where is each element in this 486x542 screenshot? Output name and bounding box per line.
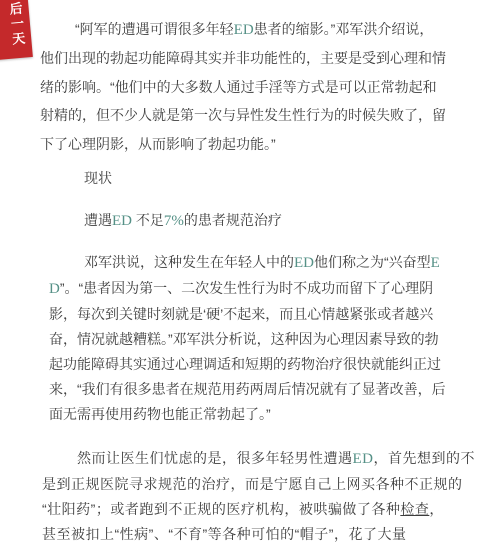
text-line: 起功能障碍其实通过心理调适和短期的药物治疗很快就能纠正过 xyxy=(49,352,446,377)
text-line: 下了心理阴影，从而影响了勃起功能。” xyxy=(40,130,446,158)
text-line: 甚至被扣上“性病”、“不育”等各种可怕的“帽子”，花了大量 xyxy=(42,522,475,542)
text-line: D”。“患者因为第一、二次发生性行为时不成功而留下了心理阴 xyxy=(49,276,446,302)
text-line: 面无需再使用药物也能正常勃起了。” xyxy=(49,402,446,427)
latin-term: D xyxy=(49,281,60,297)
text-line: 然而让医生们忧虑的是，很多年轻男性遭遇ED，首先想到的不 xyxy=(42,446,475,472)
text-line: “阿军的遭遇可谓很多年轻ED患者的缩影。”邓军洪介绍说， xyxy=(40,15,446,44)
ribbon-char: 天 xyxy=(0,30,26,48)
text-line: 射精的，但不少人就是第一次与异性发生性行为的时候失败了，留 xyxy=(40,101,446,129)
text-line: “壮阳药”；或者跑到不正规的医疗机构，被哄骗做了各种检查， xyxy=(42,497,475,522)
latin-term: ED xyxy=(234,22,254,38)
paragraph-excitement-type-ed: 邓军洪说，这种发生在年轻人中的ED他们称之为“兴奋型ED”。“患者因为第一、二次… xyxy=(49,250,446,427)
section-heading-treatment-rate: 遭遇ED 不足7%的患者规范治疗 xyxy=(49,208,282,234)
latin-term: 7% xyxy=(164,213,184,229)
paragraph-doctor-concern: 然而让医生们忧虑的是，很多年轻男性遭遇ED，首先想到的不是到正规医院寻求规范的治… xyxy=(42,446,475,542)
latin-term: ED xyxy=(353,451,374,467)
text-line: 是到正规医院寻求规范的治疗，而是宁愿自己上网买各种不正规的 xyxy=(42,472,475,497)
text-line: 遭遇ED 不足7%的患者规范治疗 xyxy=(49,208,282,234)
section-heading-status: 现状 xyxy=(49,166,112,191)
paragraph-intro: “阿军的遭遇可谓很多年轻ED患者的缩影。”邓军洪介绍说，他们出现的勃起功能障碍其… xyxy=(40,15,446,158)
corner-ribbon: 后 一 天 xyxy=(0,0,33,61)
text-line: 绪的影响。“他们中的大多数人通过手淫等方式是可以正常勃起和 xyxy=(40,73,446,101)
text-line: 奋，情况就越糟糕。”邓军洪分析说，这种因为心理因素导致的勃 xyxy=(49,327,446,352)
text-line: 邓军洪说，这种发生在年轻人中的ED他们称之为“兴奋型E xyxy=(49,250,446,276)
latin-term: ED xyxy=(112,213,132,229)
text-line: 来，“我们有很多患者在规范用药两周后情况就有了显著改善，后 xyxy=(49,377,446,402)
text-line: 现状 xyxy=(49,166,112,191)
keyword-link[interactable]: 检查 xyxy=(400,501,429,517)
text-line: 他们出现的勃起功能障碍其实并非功能性的，主要是受到心理和情 xyxy=(40,44,446,72)
text-line: 影，每次到关键时刻就是‘硬’不起来，而且心情越紧张或者越兴 xyxy=(49,302,446,327)
latin-term: ED xyxy=(294,255,314,271)
latin-term: E xyxy=(431,255,440,271)
